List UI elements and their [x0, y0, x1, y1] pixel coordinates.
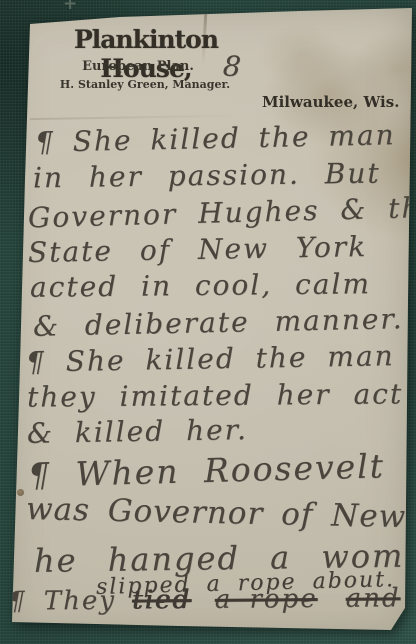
struck-word: a rope — [215, 585, 318, 614]
note-line: ¶ She killed the man — [35, 120, 396, 158]
last-line-lead: ¶ They — [8, 587, 116, 617]
note-line: Governor Hughes & the — [28, 193, 416, 235]
paper-crease — [30, 114, 280, 120]
letterhead-city: Milwaukee, Wis. — [262, 93, 399, 111]
note-line: & killed her. — [27, 415, 248, 450]
handwritten-numeral: 8 — [222, 51, 244, 83]
note-line: & deliberate manner. — [33, 304, 404, 343]
paper-wrap: Plankinton House, European Plan. H. Stan… — [0, 0, 416, 644]
note-line: in her passion. But — [33, 159, 381, 195]
paper-spot — [17, 489, 24, 496]
note-line: ¶ When Roosevelt — [28, 448, 386, 494]
note-line: they imitated her act — [27, 379, 403, 413]
letterhead-manager: H. Stanley Green, Manager. — [42, 78, 248, 91]
letterhead-plan: European Plan. — [42, 59, 234, 74]
note-line-struck: ¶ Theytieda ropeand — [8, 584, 401, 616]
note-line: ¶ She killed the man & — [26, 340, 416, 378]
letterhead-hotel-name: Plankinton House, — [40, 25, 252, 83]
letter-paper: Plankinton House, European Plan. H. Stan… — [0, 0, 416, 644]
photo-of-letter: + Plankinton House, European Plan. H. St… — [0, 0, 416, 644]
note-line: was Governor of New York — [26, 492, 416, 536]
struck-word: tied — [132, 586, 191, 615]
note-line: acted in cool, calm — [30, 269, 371, 303]
struck-word: and — [346, 584, 401, 613]
note-line: State of New York — [28, 232, 368, 269]
